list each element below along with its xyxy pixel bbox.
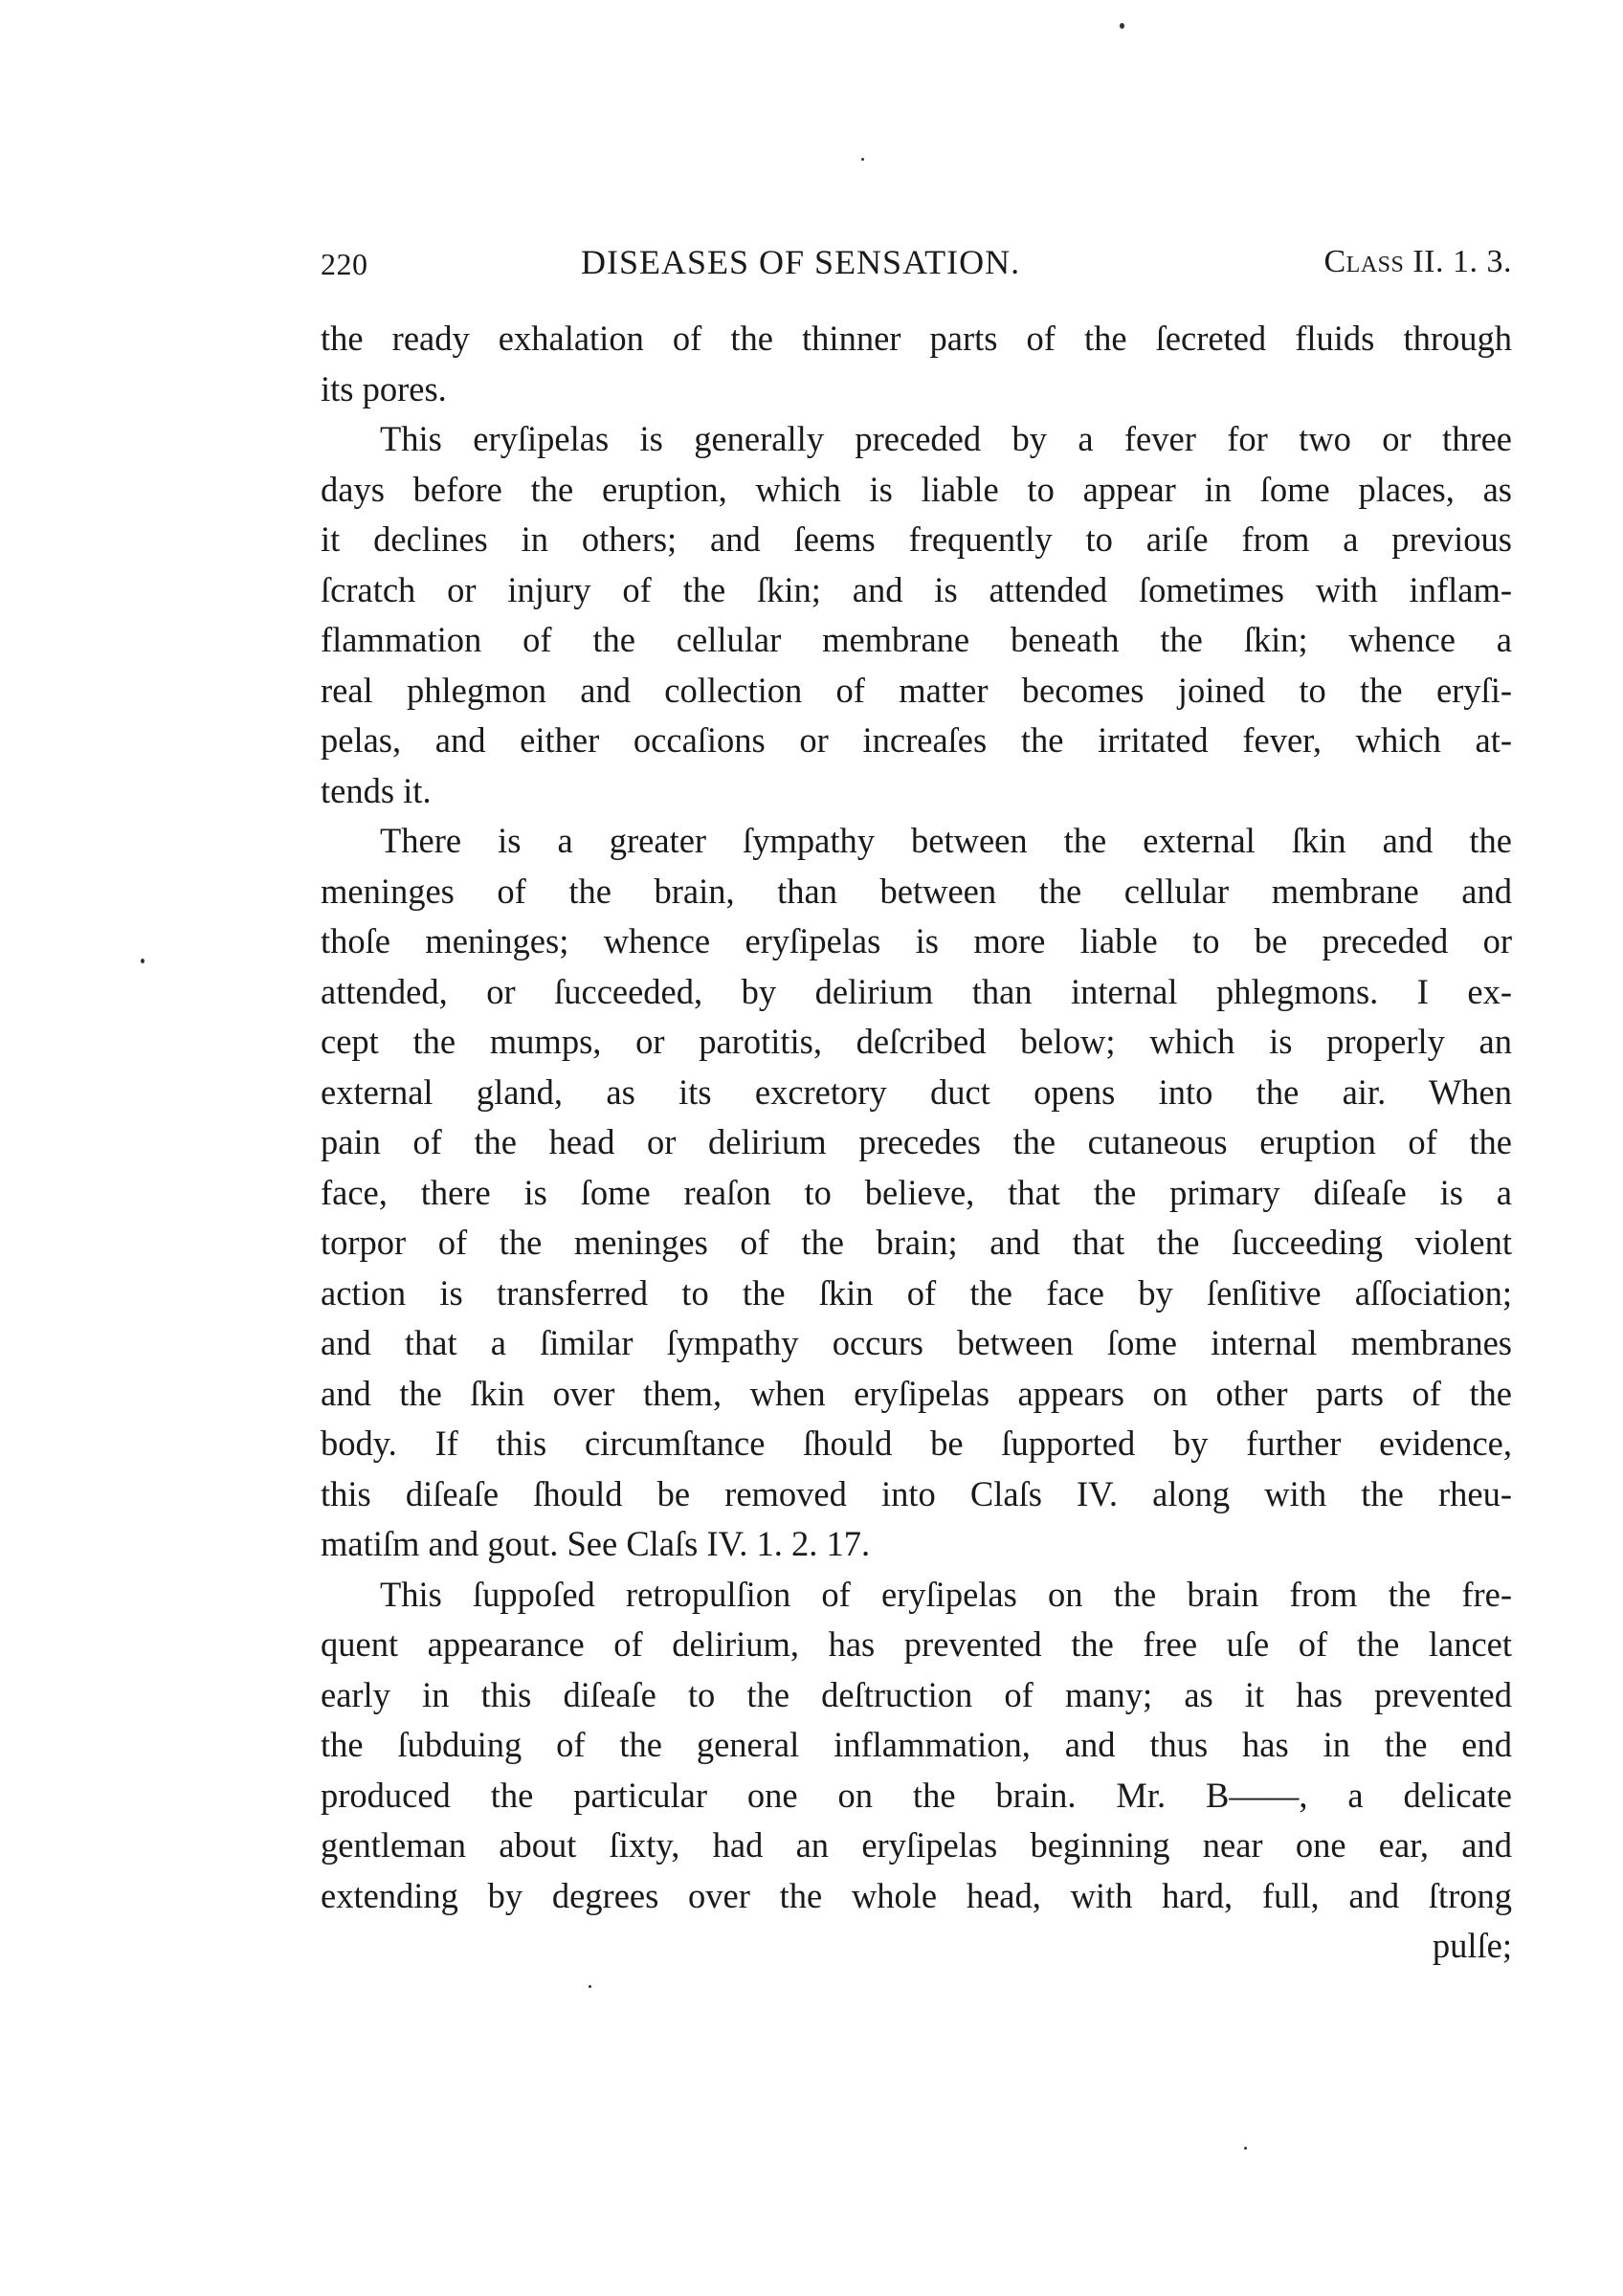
running-title: DISEASES OF SENSATION. xyxy=(581,237,1020,287)
text-line: torpor of the meninges of the brain; and… xyxy=(321,1218,1512,1269)
running-head: 220 DISEASES OF SENSATION. Class II. 1. … xyxy=(321,237,1512,287)
text-line: attended, or ſucceeded, by delirium than… xyxy=(321,967,1512,1018)
text-line: tends it. xyxy=(321,766,1512,817)
catchword: pulſe; xyxy=(321,1921,1512,1972)
text-line: face, there is ſome reaſon to believe, t… xyxy=(321,1168,1512,1219)
text-line: real phlegmon and collection of matter b… xyxy=(321,666,1512,717)
text-line: gentleman about ſixty, had an eryſipelas… xyxy=(321,1821,1512,1871)
text-line: and the ſkin over them, when eryſipelas … xyxy=(321,1369,1512,1420)
text-line: its pores. xyxy=(321,364,1512,415)
text-line: quent appearance of delirium, has preven… xyxy=(321,1620,1512,1670)
scan-speck xyxy=(861,158,864,161)
text-line: the ready exhalation of the thinner part… xyxy=(321,314,1512,364)
text-line: This eryſipelas is generally preceded by… xyxy=(321,414,1512,465)
text-line: flammation of the cellular membrane bene… xyxy=(321,615,1512,666)
text-line: pain of the head or delirium precedes th… xyxy=(321,1117,1512,1168)
paragraph: the ready exhalation of the thinner part… xyxy=(321,314,1512,414)
text-line: There is a greater ſympathy between the … xyxy=(321,816,1512,867)
text-line: meninges of the brain, than between the … xyxy=(321,867,1512,917)
text-line: matiſm and gout. See Claſs IV. 1. 2. 17. xyxy=(321,1519,1512,1570)
text-line: and that a ſimilar ſympathy occurs betwe… xyxy=(321,1318,1512,1369)
text-line: body. If this circumſtance ſhould be ſup… xyxy=(321,1419,1512,1469)
text-line: the ſubduing of the general inflammation… xyxy=(321,1720,1512,1771)
text-line: cept the mumps, or parotitis, deſcribed … xyxy=(321,1017,1512,1068)
scan-speck xyxy=(589,1985,591,1988)
text-line: days before the eruption, which is liabl… xyxy=(321,465,1512,516)
text-line: early in this diſeaſe to the deſtruction… xyxy=(321,1670,1512,1721)
paragraph: This ſuppoſed retropulſion of eryſipelas… xyxy=(321,1570,1512,1922)
text-line: it declines in others; and ſeems frequen… xyxy=(321,515,1512,565)
body-text: the ready exhalation of the thinner part… xyxy=(321,314,1512,1972)
text-line: thoſe meninges; whence eryſipelas is mor… xyxy=(321,916,1512,967)
paragraph: This eryſipelas is generally preceded by… xyxy=(321,414,1512,816)
text-line: action is transferred to the ſkin of the… xyxy=(321,1269,1512,1319)
text-line: This ſuppoſed retropulſion of eryſipelas… xyxy=(321,1570,1512,1621)
text-line: external gland, as its excretory duct op… xyxy=(321,1068,1512,1118)
scan-speck xyxy=(1244,2147,1247,2150)
scan-speck xyxy=(141,959,145,963)
book-page: 220 DISEASES OF SENSATION. Class II. 1. … xyxy=(321,237,1512,1972)
page-number: 220 xyxy=(321,239,368,289)
text-line: produced the particular one on the brain… xyxy=(321,1771,1512,1821)
text-line: ſcratch or injury of the ſkin; and is at… xyxy=(321,565,1512,616)
paragraph: There is a greater ſympathy between the … xyxy=(321,816,1512,1570)
class-reference: Class II. 1. 3. xyxy=(1323,237,1512,287)
text-line: pelas, and either occaſions or increaſes… xyxy=(321,716,1512,766)
text-line: extending by degrees over the whole head… xyxy=(321,1871,1512,1922)
scan-speck xyxy=(1120,23,1124,29)
text-line: this diſeaſe ſhould be removed into Claſ… xyxy=(321,1469,1512,1520)
